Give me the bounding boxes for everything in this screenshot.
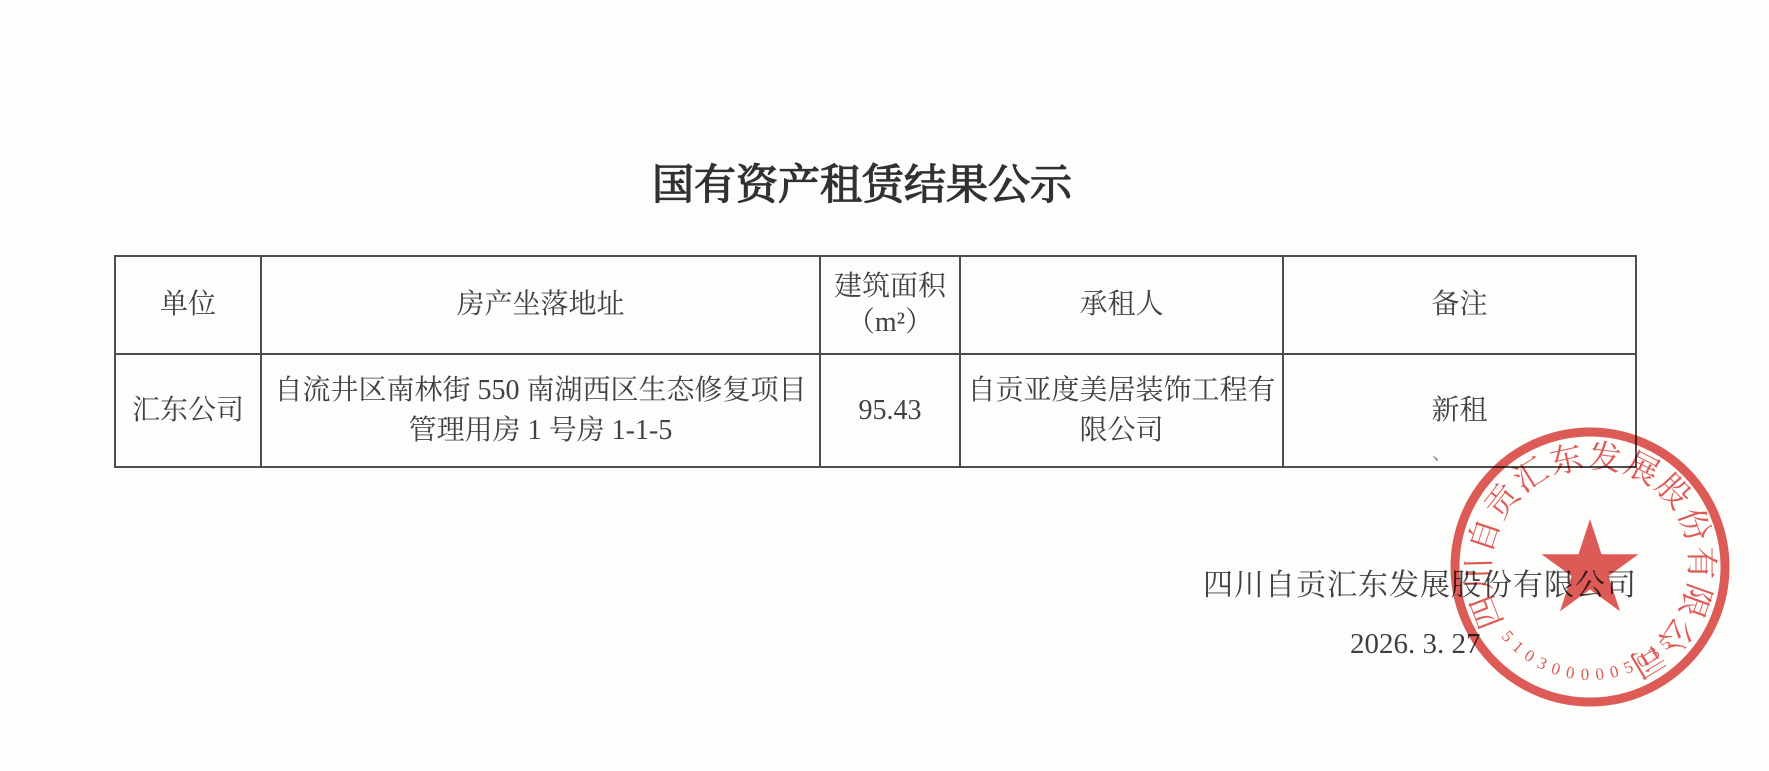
header-cell-unit: 单位 [116, 257, 260, 353]
header-cell-address: 房产坐落地址 [260, 257, 819, 353]
cell-area: 95.43 [819, 353, 959, 466]
cell-lessee: 自贡亚度美居装饰工程有限公司 [959, 353, 1282, 466]
header-cell-remark: 备注 [1282, 257, 1635, 353]
official-seal: 四川自贡汇东发展股份有限公司 5103000005035 [1440, 417, 1740, 717]
document-page: 国有资产租赁结果公示 单位 房产坐落地址 建筑面积（m²） 承租人 备注 汇东公… [0, 0, 1769, 771]
header-cell-area: 建筑面积（m²） [819, 257, 959, 353]
lease-result-table: 单位 房产坐落地址 建筑面积（m²） 承租人 备注 汇东公司 自流井区南林街 5… [114, 255, 1637, 468]
header-cell-lessee: 承租人 [959, 257, 1282, 353]
cell-address: 自流井区南林街 550 南湖西区生态修复项目管理用房 1 号房 1-1-5 [260, 353, 819, 466]
cell-unit: 汇东公司 [116, 353, 260, 466]
star-icon [1542, 519, 1639, 611]
document-title: 国有资产租赁结果公示 [0, 160, 1724, 210]
